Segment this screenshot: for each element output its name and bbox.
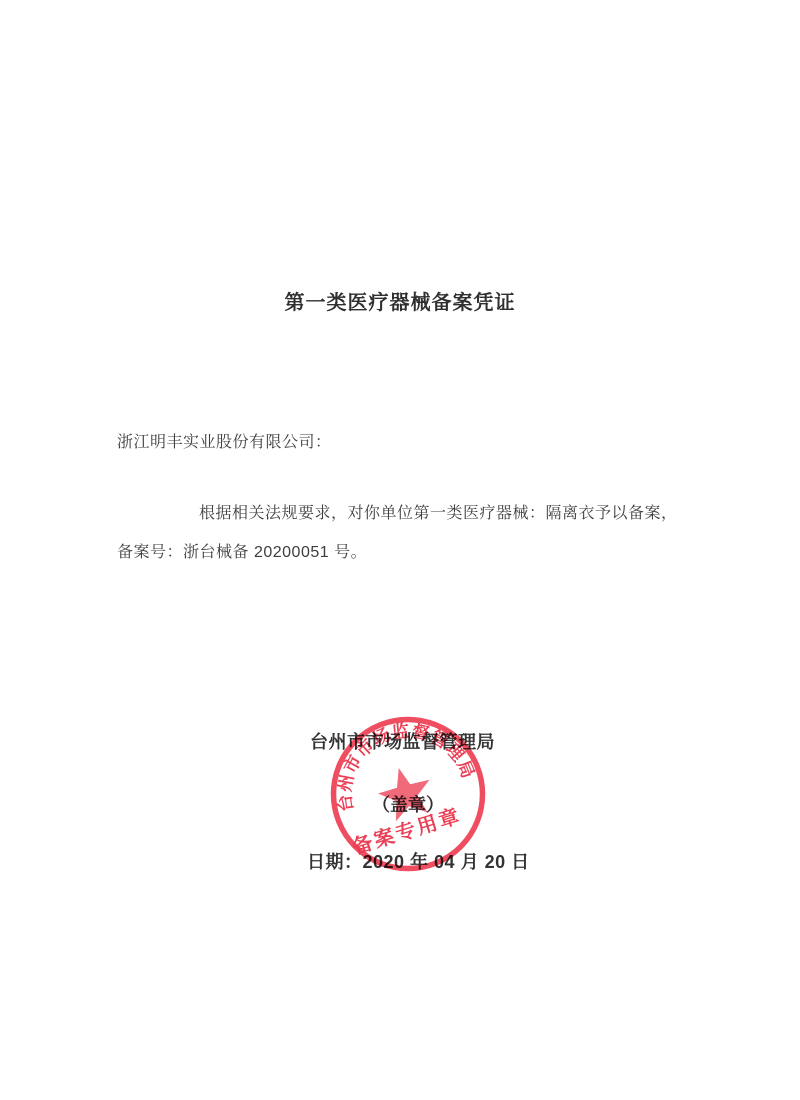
recipient-line: 浙江明丰实业股份有限公司： (117, 429, 332, 452)
body-line: 备案号：浙台械备 20200051 号。 (117, 539, 367, 562)
date-line: 日期：2020 年 04 月 20 日 (307, 848, 530, 874)
body-line: 根据相关法规要求，对你单位第一类医疗器械：隔离衣予以备案， (199, 500, 678, 523)
certificate-page: 第一类医疗器械备案凭证 浙江明丰实业股份有限公司： 根据相关法规要求，对你单位第… (0, 0, 800, 1100)
document-title: 第一类医疗器械备案凭证 (0, 286, 800, 315)
issuer-name: 台州市市场监督管理局 (310, 728, 495, 754)
seal-note: （盖章） (298, 791, 518, 817)
